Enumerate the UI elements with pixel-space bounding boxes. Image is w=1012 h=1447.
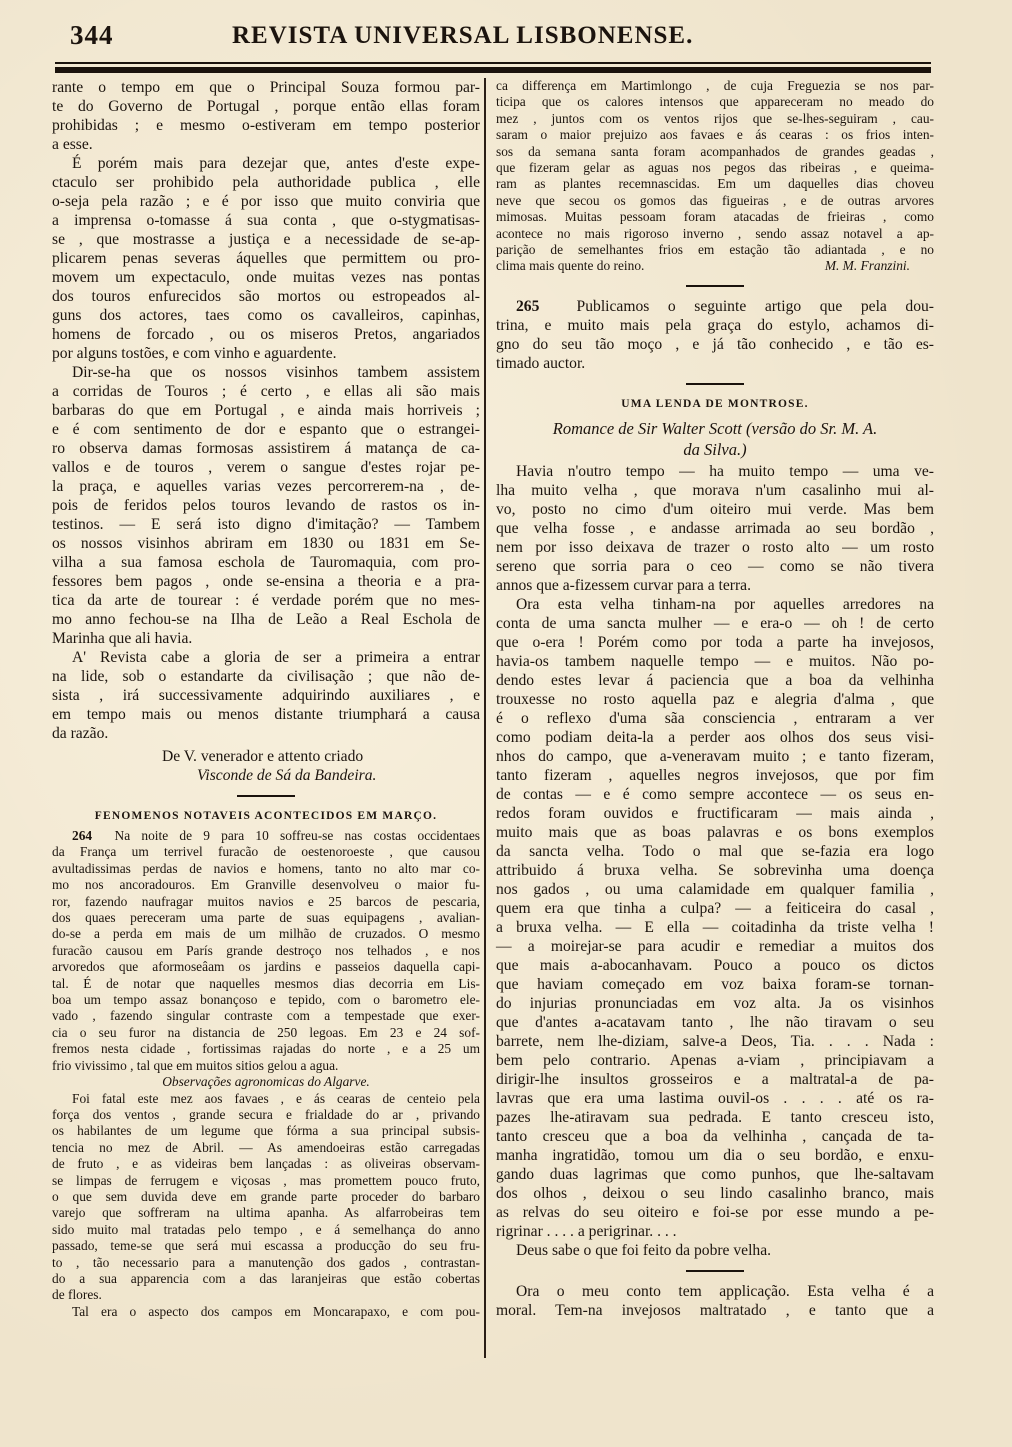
signature-block: De V. venerador e attento criado Viscond… bbox=[52, 747, 480, 785]
text-line: dendo estes levar á paciencia que a boa … bbox=[496, 671, 934, 690]
text-line: vo, posto no cimo d'um oiteiro mui verde… bbox=[496, 500, 934, 519]
text-line: Foi fatal este mez aos favaes , e ás cea… bbox=[52, 1091, 480, 1107]
text-line: quem era que tinha a culpa? — a feiticei… bbox=[496, 899, 934, 918]
subheading: Observações agronomicas do Algarve. bbox=[52, 1074, 480, 1090]
text-line: manha ingratidão, tomou um dia o seu bor… bbox=[496, 1146, 934, 1165]
text-line: havia-os tambem naquelle tempo — e muito… bbox=[496, 652, 934, 671]
story-paragraph-2: Ora esta velha tinham-na por aquelles ar… bbox=[496, 595, 934, 1241]
right-column: ca differença em Martimlongo , de cuja F… bbox=[496, 78, 934, 1320]
text-line: fessores bem pagos , onde se-ensina a th… bbox=[52, 572, 480, 591]
text-line: se limpas de ferrugem e viçosas , mas pr… bbox=[52, 1173, 480, 1189]
text-line: gando duas lagrimas que como punhos, que… bbox=[496, 1165, 934, 1184]
header-rule-thin bbox=[55, 62, 931, 64]
text-line: prohibidas ; e mesmo o-estiveram em temp… bbox=[52, 116, 480, 135]
text-line: bem pelo contrario. Apenas a-viam , prin… bbox=[496, 1051, 934, 1070]
text-line: guns dos actores, taes como os cavalleir… bbox=[52, 306, 480, 325]
text-line: saram o maior prejuizo aos favaes e ás c… bbox=[496, 127, 934, 143]
text-line: que o-era ! Porém como por toda a parte … bbox=[496, 633, 934, 652]
text-line: pazes lhe-atiravam sua pedrada. E tanto … bbox=[496, 1108, 934, 1127]
text-line: mo anno fechou-se na Ilha de Leão a Real… bbox=[52, 610, 480, 629]
text-line: sos da semana santa foram acompanhados d… bbox=[496, 144, 934, 160]
text-line: e é com sentimento de dor e espanto que … bbox=[52, 420, 480, 439]
text-line: do-se a perda em mais de um milhão de cr… bbox=[52, 926, 480, 942]
text-line: que mais a-abocanhavam. Pouco a pouco os… bbox=[496, 956, 934, 975]
text-line: tencia no mez de Abril. — As amendoeiras… bbox=[52, 1140, 480, 1156]
text-line: passado, teme-se que será mui escassa a … bbox=[52, 1238, 480, 1254]
text-line: vallos e de touros , verem o sangue d'es… bbox=[52, 458, 480, 477]
signature-name: Visconde de Sá da Bandeira. bbox=[52, 766, 480, 785]
text-line: rigrinar . . . . a perigrinar. . . . bbox=[496, 1222, 934, 1241]
text-line: do a sua apparencia com a das laranjeira… bbox=[52, 1271, 480, 1287]
story-paragraph-3: Deus sabe o que foi feito da pobre velha… bbox=[496, 1241, 934, 1260]
text-line: tica da arte de tourear : é verdade poré… bbox=[52, 591, 480, 610]
text-line: trouxesse no rosto aquella paz e alegria… bbox=[496, 690, 934, 709]
text-line: que d'antes a-acatavam tanto , lhe não t… bbox=[496, 1013, 934, 1032]
text-line: ro observa damas formosas assistirem á m… bbox=[52, 439, 480, 458]
article-number: 265 bbox=[516, 298, 539, 315]
text-line: varejo que soffreram na ultima apanha. A… bbox=[52, 1205, 480, 1221]
text-line: to , tão necessario para a manutenção do… bbox=[52, 1255, 480, 1271]
text-line: lavras que era uma lastima ouvil-os . . … bbox=[496, 1089, 934, 1108]
author-signature: M. M. Franzini. bbox=[825, 258, 934, 274]
text-line: se , que mostrasse a justiça e a necessi… bbox=[52, 230, 480, 249]
section-separator bbox=[686, 1270, 744, 1272]
text-line: Dir-se-ha que os nossos visinhos tambem … bbox=[52, 363, 480, 382]
text-line: o que sem duvida deve em grande parte pr… bbox=[52, 1189, 480, 1205]
text-line: por alguns tostões, e com vinho e aguard… bbox=[52, 344, 480, 363]
text-line: trina, e muito mais pela graça do estylo… bbox=[496, 316, 934, 335]
text-line: rante o tempo em que o Principal Souza f… bbox=[52, 78, 480, 97]
text-line: Deus sabe o que foi feito da pobre velha… bbox=[496, 1241, 934, 1260]
text-line: os nossos visinhos abriram em 1830 ou 18… bbox=[52, 534, 480, 553]
text-line: Ora esta velha tinham-na por aquelles ar… bbox=[496, 595, 934, 614]
text-line: a corridas de Touros ; é certo , e ellas… bbox=[52, 382, 480, 401]
text-line: sereno que sorria para o ceo — como se n… bbox=[496, 557, 934, 576]
text-line: na lide, sob o estandarte da civilisação… bbox=[52, 667, 480, 686]
text-line: de fruto , e as videiras bem lançadas : … bbox=[52, 1156, 480, 1172]
text-line: como podiam deita-la a perder aos olhos … bbox=[496, 728, 934, 747]
text-line: que haviam começado em voz baixa foram-s… bbox=[496, 975, 934, 994]
page-number: 344 bbox=[70, 20, 114, 51]
text-line: mimosas. Muitas pessoam foram atacadas d… bbox=[496, 209, 934, 225]
text-line: cia o seu furor na distancia de 250 lego… bbox=[52, 1025, 480, 1041]
text-line: lha muito velha , que morava n'um casali… bbox=[496, 481, 934, 500]
page-header: 344 REVISTA UNIVERSAL LISBONENSE. bbox=[70, 18, 930, 58]
section-heading: FENOMENOS NOTAVEIS ACONTECIDOS EM MARÇO. bbox=[52, 807, 480, 826]
text-line: timado auctor. bbox=[496, 354, 934, 373]
text-line: nem por isso deixava de trazer o rosto a… bbox=[496, 538, 934, 557]
paragraph-4: A' Revista cabe a gloria de ser a primei… bbox=[52, 648, 480, 743]
text-line: conta de uma sancta mulher — e era-o — o… bbox=[496, 614, 934, 633]
text-line: sista , irá successivamente adquirindo a… bbox=[52, 686, 480, 705]
text-line: do injurias pronunciadas em voz alta. Ja… bbox=[496, 994, 934, 1013]
text-line: barbaras do que em Portugal , e ainda ma… bbox=[52, 401, 480, 420]
story-title: UMA LENDA DE MONTROSE. bbox=[496, 395, 934, 414]
text-line: frio vivissimo , tal que em muitos sitio… bbox=[52, 1058, 480, 1074]
running-title: REVISTA UNIVERSAL LISBONENSE. bbox=[232, 22, 693, 50]
text-line: 265 Publicamos o seguinte artigo que pel… bbox=[496, 297, 934, 316]
text-line: neve que secou os gomos das figueiras , … bbox=[496, 193, 934, 209]
text-line: boa um tempo assaz bonançoso e tepido, c… bbox=[52, 992, 480, 1008]
text-line: tanto cresceu que a boa da velhinha , ca… bbox=[496, 1127, 934, 1146]
text-line: dirigir-lhe insultos grosseiros e a malt… bbox=[496, 1070, 934, 1089]
text-line: furacão causou em París grande destroço … bbox=[52, 943, 480, 959]
text-line: a bruxa velha. — E ella — coitadinha da … bbox=[496, 918, 934, 937]
text-line: é o reflexo d'uma sãa consciencia , entr… bbox=[496, 709, 934, 728]
text-line: os habilantes de um legume que fórma a s… bbox=[52, 1123, 480, 1139]
text-line: que fizeram gelar as aguas nos pegos das… bbox=[496, 160, 934, 176]
text-line: annos que a-fizessem curvar para a terra… bbox=[496, 576, 934, 595]
text-line: barrete, nem lhe-diziam, salve-a Deos, T… bbox=[496, 1032, 934, 1051]
article-number: 264 bbox=[72, 828, 92, 843]
text-line: mez , juntos com os ventos rijos que se-… bbox=[496, 111, 934, 127]
text-line: o-seja pela razão ; e é por isso que mui… bbox=[52, 192, 480, 211]
text-line: movem um expectaculo, onde muitas vezes … bbox=[52, 268, 480, 287]
paragraph-2: É porém mais para dezejar que, antes d'e… bbox=[52, 154, 480, 363]
text-line: vilha a sua famosa eschola de Tauromaqui… bbox=[52, 553, 480, 572]
text-line: fremos nesta cidade , fortissimas rajada… bbox=[52, 1041, 480, 1057]
text-line: arvoredos que aformoseâam os jardins e p… bbox=[52, 959, 480, 975]
text-line: Ora o meu conto tem applicação. Esta vel… bbox=[496, 1282, 934, 1301]
text-line: nos gados , ou uma calamidade em qualque… bbox=[496, 880, 934, 899]
text-line: ctaculo ser prohibido pela authoridade p… bbox=[52, 173, 480, 192]
text-line: muito mais que as boas palavras e os bon… bbox=[496, 823, 934, 842]
text-line: A' Revista cabe a gloria de ser a primei… bbox=[52, 648, 480, 667]
text-line: dos touros enfurecidos são mortos ou est… bbox=[52, 287, 480, 306]
text-line: acontece no mais rigoroso inverno , send… bbox=[496, 226, 934, 242]
text-line: Marinha que ali havia. bbox=[52, 629, 480, 648]
text-line: attribuido á bruxa velha. Se sobrevinha … bbox=[496, 861, 934, 880]
text-line: parição de semelhantes frios em estação … bbox=[496, 242, 934, 258]
text-line: ticipa que os calores intensos que appar… bbox=[496, 94, 934, 110]
text-line: da França um terrivel furacão de oesteno… bbox=[52, 844, 480, 860]
text-line: sido muito mal tratadas pelo tempo , e á… bbox=[52, 1222, 480, 1238]
text-line: ca differença em Martimlongo , de cuja F… bbox=[496, 78, 934, 94]
article-264-continuation: ca differença em Martimlongo , de cuja F… bbox=[496, 78, 934, 275]
story-paragraph-4: Ora o meu conto tem applicação. Esta vel… bbox=[496, 1282, 934, 1320]
intro-paragraph: rante o tempo em que o Principal Souza f… bbox=[52, 78, 480, 154]
text-line: É porém mais para dezejar que, antes d'e… bbox=[52, 154, 480, 173]
text-line: gno do seu tão moço , e já tão conhecido… bbox=[496, 335, 934, 354]
text-line: as relvas do seu oiteiro e foi-se por es… bbox=[496, 1203, 934, 1222]
text-line: em tempo mais ou menos distante triumpha… bbox=[52, 705, 480, 724]
article-265: 265 Publicamos o seguinte artigo que pel… bbox=[496, 297, 934, 373]
text-line: pois de feridos pelos touros levando de … bbox=[52, 496, 480, 515]
text-line: te do Governo de Portugal , porque então… bbox=[52, 97, 480, 116]
text-line: clima mais quente do reino. M. M. Franzi… bbox=[496, 258, 934, 274]
text-line: de flores. bbox=[52, 1287, 480, 1303]
section-separator bbox=[686, 383, 744, 385]
left-column: rante o tempo em que o Principal Souza f… bbox=[52, 78, 480, 1320]
text-line: — a moirejar-se para acudir e remediar a… bbox=[496, 937, 934, 956]
text-line: da sancta velha. Todo o mal que se-fazia… bbox=[496, 842, 934, 861]
article-264: 264 Na noite de 9 para 10 soffreu-se nas… bbox=[52, 828, 480, 1320]
text-line: a esse. bbox=[52, 135, 480, 154]
text-line: redos foram ouvidos e fructificaram — ma… bbox=[496, 804, 934, 823]
text-line: que velha fosse , e andasse arrimada ao … bbox=[496, 519, 934, 538]
text-line: força dos ventos , grande secura e frial… bbox=[52, 1107, 480, 1123]
text-line: avultadissimas perdas de navios e homens… bbox=[52, 861, 480, 877]
text-line: dos olhos , deixou o seu lindo casalinho… bbox=[496, 1184, 934, 1203]
text-line: mo nos ancoradouros. Em Granville desenv… bbox=[52, 877, 480, 893]
text-line: tanto fizeram , aquelles negros invejoso… bbox=[496, 766, 934, 785]
text-line: da razão. bbox=[52, 724, 480, 743]
document-page: 344 REVISTA UNIVERSAL LISBONENSE. rante … bbox=[0, 0, 1012, 1447]
paragraph-3: Dir-se-ha que os nossos visinhos tambem … bbox=[52, 363, 480, 648]
text-line: nhos do campo, que a-veneravam muito ; e… bbox=[496, 747, 934, 766]
text-line: de contas — e é como sempre accontece — … bbox=[496, 785, 934, 804]
text-line: plicarem penas severas áquelles que perm… bbox=[52, 249, 480, 268]
story-paragraph-1: Havia n'outro tempo — ha muito tempo — u… bbox=[496, 462, 934, 595]
text-line: testinos. — E será isto digno d'imitação… bbox=[52, 515, 480, 534]
text-line: ram as plantes recemnascidas. Em um daqu… bbox=[496, 176, 934, 192]
text-line: homens de forcado , ou os miseros Pretos… bbox=[52, 325, 480, 344]
text-line: moral. Tem-na invejosos maltratado , e t… bbox=[496, 1301, 934, 1320]
header-rule-thick bbox=[55, 67, 931, 73]
section-separator bbox=[237, 795, 295, 797]
text-line: vado , fazendo singular contraste com a … bbox=[52, 1008, 480, 1024]
text-line: ror, fazendo naufragar muitos navios e 2… bbox=[52, 894, 480, 910]
story-subtitle: Romance de Sir Walter Scott (versão do S… bbox=[496, 418, 934, 460]
text-line: Tal era o aspecto dos campos em Moncarap… bbox=[52, 1304, 480, 1320]
text-line: Havia n'outro tempo — ha muito tempo — u… bbox=[496, 462, 934, 481]
text-line: dos quaes pereceram uma parte de suas eq… bbox=[52, 910, 480, 926]
text-line: a imprensa o-tomasse á sua conta , que o… bbox=[52, 211, 480, 230]
text-line: 264 Na noite de 9 para 10 soffreu-se nas… bbox=[52, 828, 480, 844]
signature-salutation: De V. venerador e attento criado bbox=[52, 747, 480, 766]
column-divider bbox=[484, 78, 486, 1358]
text-line: la praça, e aquelles varias vezes percor… bbox=[52, 477, 480, 496]
section-separator bbox=[686, 285, 744, 287]
text-line: tal. É de notar que naquelles mesmos dia… bbox=[52, 976, 480, 992]
